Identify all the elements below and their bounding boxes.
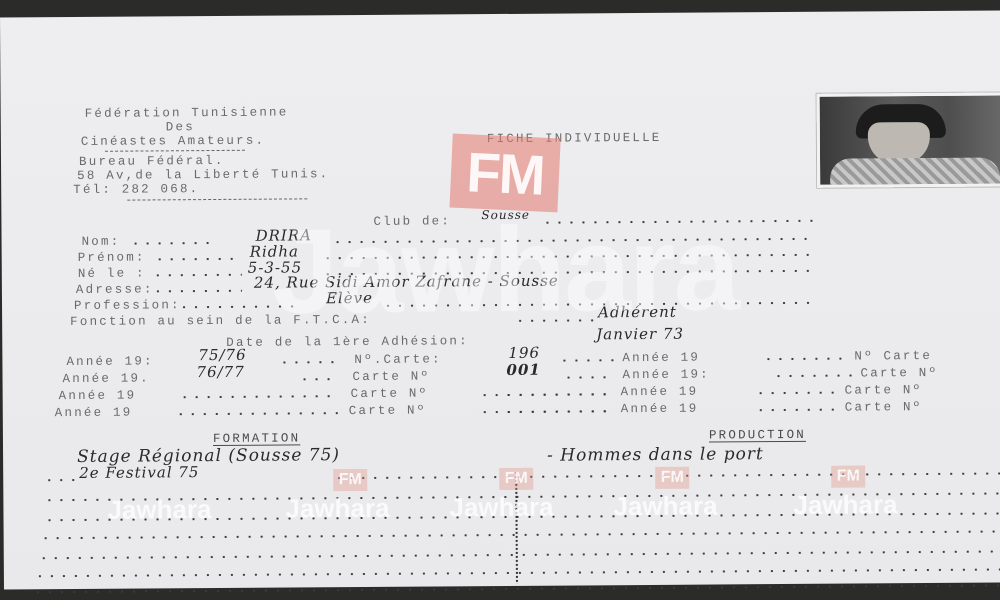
phone-label: Tél: 282 068. <box>73 182 199 197</box>
row-8-dots <box>32 584 1000 593</box>
carte-row-4-label: Carte Nº <box>349 404 427 419</box>
ne-le-label: Né le : <box>78 266 146 280</box>
org-line-2: Des <box>166 120 195 134</box>
right-year-row-1-label: Année 19 <box>622 351 700 366</box>
year-row-2-label: Année 19. <box>62 371 149 386</box>
right-row-3-dots-a <box>503 393 615 396</box>
watermark-jawhara-4: Jawhara <box>613 490 717 522</box>
right-row-4-dots-a <box>503 410 615 413</box>
row-6-dots <box>38 550 1000 559</box>
formation-title: FORMATION <box>213 431 300 446</box>
year-row-4-label: Année 19 <box>55 406 133 421</box>
watermark-jawhara-1: Jawhara <box>107 494 211 526</box>
year-row-1-value: 75/76 <box>198 346 246 364</box>
right-year-row-2-label: Année 19: <box>622 368 709 383</box>
carte-row-2-value: 001 <box>506 361 540 379</box>
right-carte-row-3-label: Carte Nº <box>845 383 923 398</box>
year-row-2-value: 76/77 <box>196 363 244 381</box>
adresse-label: Adresse: <box>76 282 154 297</box>
prenom-label: Prénom: <box>78 250 146 264</box>
year-row-3-dots-a <box>179 395 339 398</box>
fm-small-icon-4: FM <box>831 465 865 487</box>
nom-dots-a <box>130 242 210 245</box>
document-page: Fédération Tunisienne Des Cinéastes Amat… <box>0 11 1000 590</box>
fm-small-icon-2: FM <box>499 468 533 490</box>
year-row-1-label: Année 19: <box>66 354 153 369</box>
year-row-1-dots <box>278 361 338 363</box>
fm-small-icon-1: FM <box>333 469 367 491</box>
right-carte-row-2-label: Carte Nº <box>860 366 938 381</box>
adresse-dots <box>152 290 242 293</box>
carte-row-2-label: Carte Nº <box>352 369 430 384</box>
watermark-jawhara-large: Jawhara <box>271 208 738 331</box>
right-year-row-4-label: Année 19 <box>621 402 699 417</box>
carte-row-1-label: Nº.Carte: <box>354 352 441 367</box>
profession-label: Profession: <box>74 298 181 313</box>
watermark-jawhara-3: Jawhara <box>449 492 553 524</box>
watermark-jawhara-5: Jawhara <box>793 489 897 521</box>
phone-underline <box>127 198 307 200</box>
right-year-row-3-label: Année 19 <box>621 385 699 400</box>
nom-label: Nom: <box>82 235 121 249</box>
carte-row-3-label: Carte Nº <box>351 387 429 402</box>
year-row-3-label: Année 19 <box>59 389 137 404</box>
production-line-1: - Hommes dans le port <box>547 444 764 466</box>
prenom-dots-a <box>154 258 234 261</box>
right-row-1-dots-a <box>558 359 614 361</box>
right-row-2-dots-a <box>563 376 615 378</box>
right-carte-row-1-label: Nº Carte <box>854 349 932 364</box>
right-carte-row-4-label: Carte Nº <box>845 400 923 415</box>
photo-shirt <box>830 158 1000 188</box>
production-title: PRODUCTION <box>709 428 806 443</box>
right-row-2-dots-b <box>773 375 853 378</box>
formation-line-2: 2e Festival 75 <box>79 463 199 482</box>
right-row-1-dots-b <box>762 358 842 361</box>
org-line-1: Fédération Tunisienne <box>85 105 289 120</box>
org-line-3: Cinéastes Amateurs. <box>81 134 265 149</box>
right-row-3-dots-b <box>755 392 835 395</box>
formation-row-2-dots-a <box>43 479 77 481</box>
address-label: 58 Av,de la Liberté Tunis. <box>77 167 329 183</box>
fm-logo-icon: FM <box>449 134 560 213</box>
carte-row-1-value: 196 <box>508 344 540 362</box>
ne-le-dots-a <box>152 274 242 277</box>
fm-small-icon-3: FM <box>655 467 689 489</box>
bureau-label: Bureau Fédéral. <box>79 154 225 169</box>
right-row-4-dots-b <box>755 409 835 412</box>
row-5-dots <box>40 530 1000 539</box>
year-row-2-dots <box>299 378 339 380</box>
year-row-4-dots-a <box>175 412 339 415</box>
org-underline <box>105 150 245 152</box>
portrait-photo <box>817 92 1000 187</box>
watermark-jawhara-2: Jawhara <box>285 493 389 525</box>
